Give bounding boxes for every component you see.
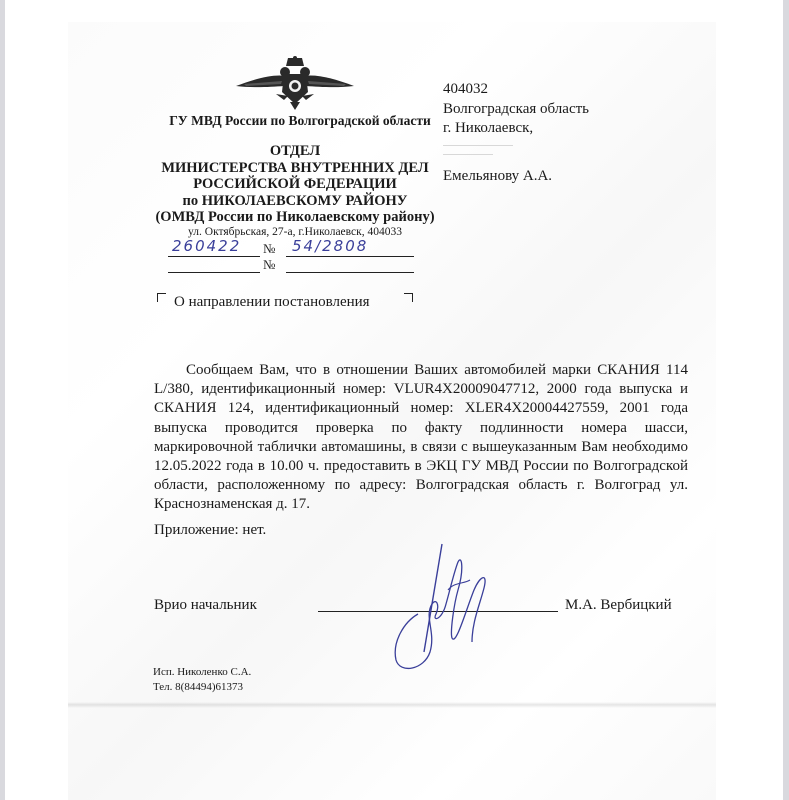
ministry-name: ГУ МВД России по Волгоградской области xyxy=(150,113,450,129)
date-field: 260422 xyxy=(168,240,260,257)
recipient-address: 404032 Волгоградская область г. Николаев… xyxy=(443,80,589,139)
department-line: по НИКОЛАЕВСКОМУ РАЙОНУ xyxy=(140,193,450,210)
executor-name: Исп. Николенко С.А. xyxy=(153,665,251,680)
handwritten-signature-icon xyxy=(384,542,504,677)
handwritten-date: 260422 xyxy=(172,237,241,255)
executor-info: Исп. Николенко С.А. Тел. 8(84494)61373 xyxy=(153,665,251,695)
executor-phone: Тел. 8(84494)61373 xyxy=(153,680,251,695)
letter-body: Сообщаем Вам, что в отношении Ваших авто… xyxy=(154,361,688,515)
subject-text: О направлении постановления xyxy=(174,294,370,311)
recipient-region: Волгоградская область xyxy=(443,100,589,120)
recipient-city: г. Николаевск, xyxy=(443,119,589,139)
signatory-position: Врио начальник xyxy=(154,597,257,614)
redacted-address-lines xyxy=(443,140,563,154)
department-line: РОССИЙСКОЙ ФЕДЕРАЦИИ xyxy=(140,176,450,193)
recipient-name: Емельянову А.А. xyxy=(443,168,552,185)
department-line: ОТДЕЛ xyxy=(140,143,450,160)
paper-fold-crease xyxy=(68,702,716,708)
recipient-postal-code: 404032 xyxy=(443,80,589,100)
date-field-empty xyxy=(168,256,260,273)
mvd-emblem-icon xyxy=(232,56,358,112)
number-symbol: № xyxy=(263,257,275,273)
registration-row-incoming: № xyxy=(168,256,413,274)
viewer-frame-right xyxy=(783,0,789,800)
number-field: 54/2808 xyxy=(286,240,414,257)
department-name: ОТДЕЛ МИНИСТЕРСТВА ВНУТРЕННИХ ДЕЛ РОССИЙ… xyxy=(140,143,450,226)
handwritten-number: 54/2808 xyxy=(292,237,368,255)
subject-line: О направлении постановления xyxy=(157,291,417,313)
department-line: (ОМВД России по Николаевскому району) xyxy=(140,209,450,226)
attachment-note: Приложение: нет. xyxy=(154,522,266,539)
department-line: МИНИСТЕРСТВА ВНУТРЕННИХ ДЕЛ xyxy=(140,160,450,177)
subject-bracket-right xyxy=(404,293,413,302)
viewer-frame-left xyxy=(0,0,5,800)
subject-bracket-left xyxy=(157,293,166,302)
signatory-name: М.А. Вербицкий xyxy=(565,597,672,614)
number-symbol: № xyxy=(263,241,275,257)
number-field-empty xyxy=(286,256,414,273)
